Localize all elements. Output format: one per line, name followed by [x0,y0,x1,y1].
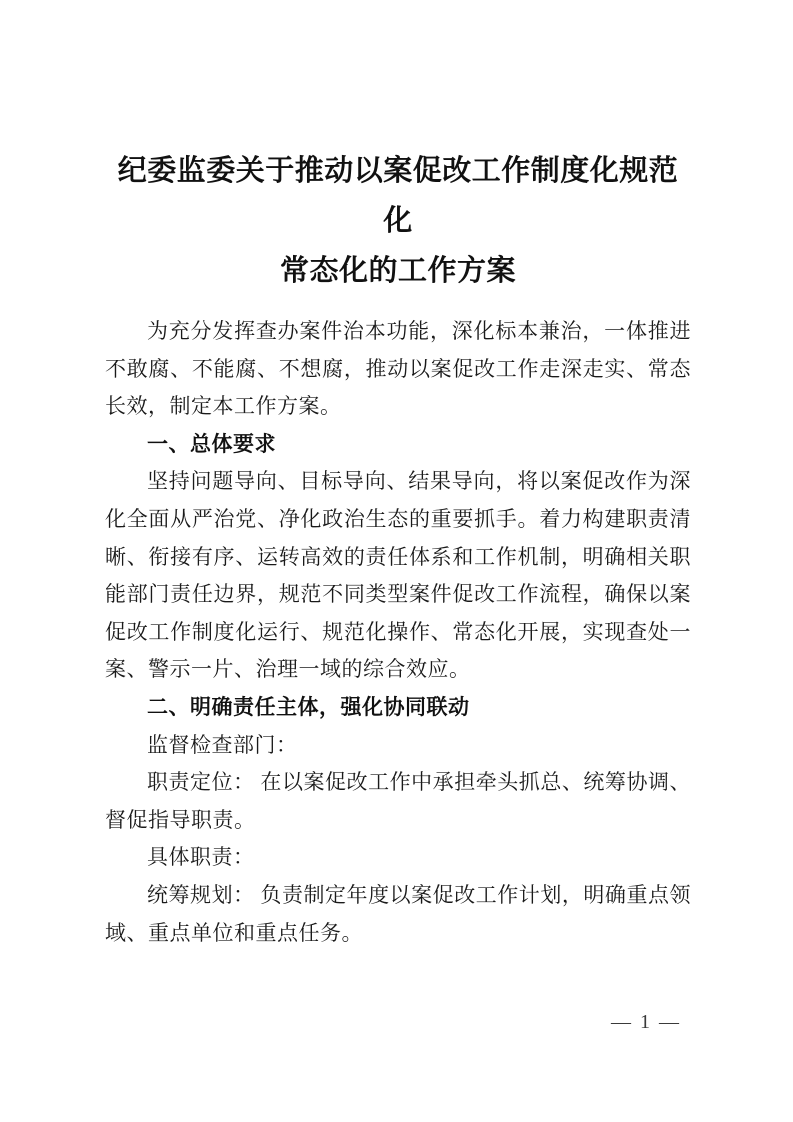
paragraph-supervision-dept-label: 监督检查部门： [105,727,691,765]
document-page: 纪委监委关于推动以案促改工作制度化规范化 常态化的工作方案 为充分发挥查办案件治… [0,0,793,1122]
document-title-line-2: 常态化的工作方案 [105,246,691,296]
paragraph-overall-requirements: 坚持问题导向、目标导向、结果导向，将以案促改作为深化全面从严治党、净化政治生态的… [105,463,691,689]
page-number: — 1 — [611,1008,681,1036]
paragraph-overall-planning: 统筹规划： 负责制定年度以案促改工作计划，明确重点领域、重点单位和重点任务。 [105,877,691,952]
paragraph-intro: 为充分发挥查办案件治本功能，深化标本兼治，一体推进不敢腐、不能腐、不想腐，推动以… [105,313,691,426]
section-heading-2: 二、明确责任主体，强化协同联动 [105,689,691,727]
paragraph-duty-position: 职责定位： 在以案促改工作中承担牵头抓总、统筹协调、督促指导职责。 [105,764,691,839]
paragraph-specific-duties-label: 具体职责： [105,839,691,877]
section-heading-1: 一、总体要求 [105,426,691,464]
document-title-line-1: 纪委监委关于推动以案促改工作制度化规范化 [105,146,691,246]
document-title: 纪委监委关于推动以案促改工作制度化规范化 常态化的工作方案 [105,146,691,296]
document-content: 纪委监委关于推动以案促改工作制度化规范化 常态化的工作方案 为充分发挥查办案件治… [105,146,691,952]
